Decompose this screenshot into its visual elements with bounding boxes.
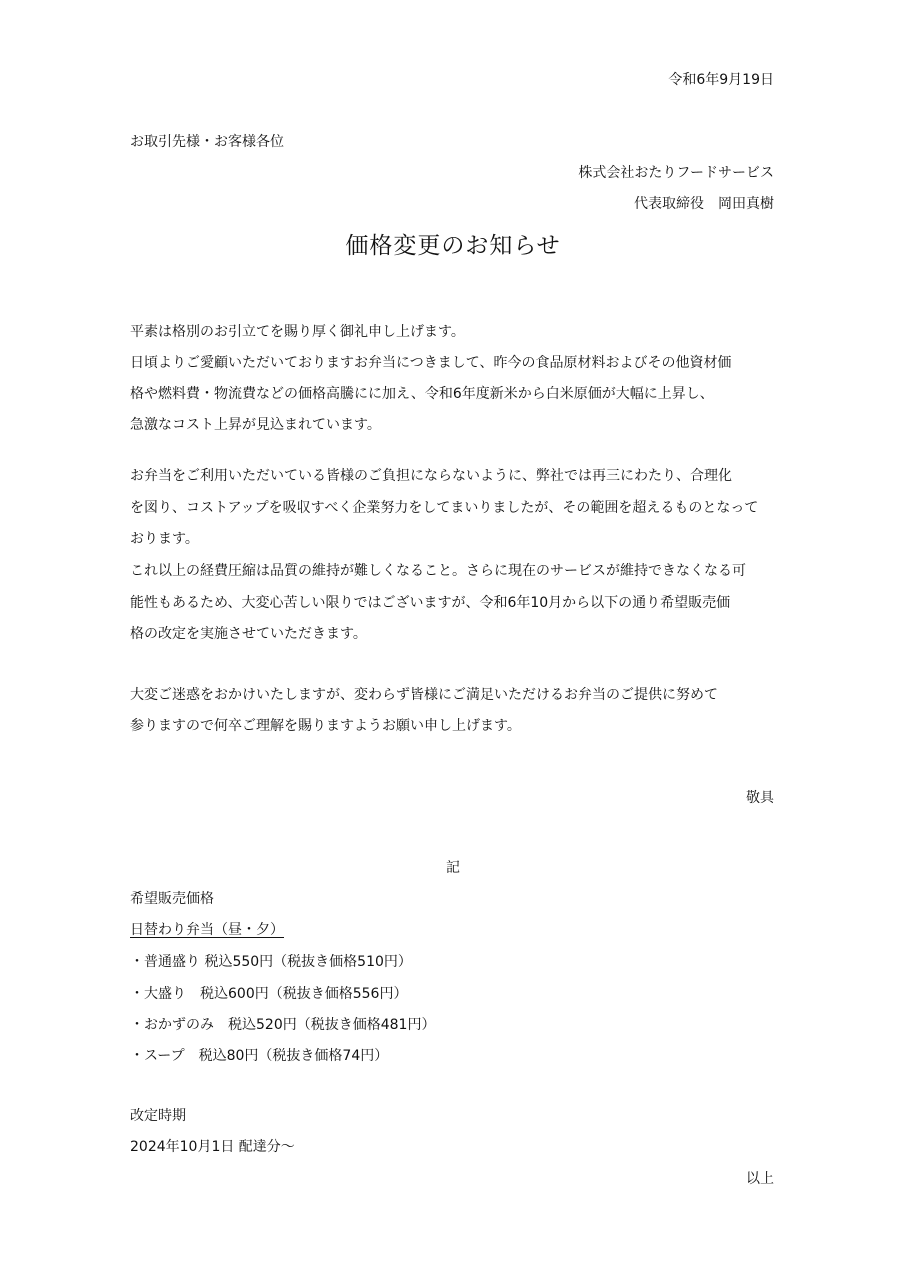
menu-title: 日替わり弁当（昼・夕） [130,920,284,940]
price-item: ・おかずのみ 税込520円（税抜き価格481円） [130,1015,435,1035]
document-title: 価格変更のお知らせ [0,231,906,261]
notes-heading: 記 [0,858,906,878]
end-ijou: 以上 [746,1169,774,1189]
body-line: 平素は格別のお引立てを賜り厚く御礼申し上げます。 [130,322,465,342]
body-line: 参りますので何卒ご理解を賜りますようお願い申し上げます。 [130,716,521,736]
body-line: これ以上の経費圧縮は品質の維持が難しくなること。さらに現在のサービスが維持できな… [130,561,746,581]
price-item: ・大盛り 税込600円（税抜き価格556円） [130,984,407,1004]
body-line: 格や燃料費・物流費などの価格高騰にに加え、令和6年度新米から白米原価が大幅に上昇… [130,384,714,404]
price-item: ・普通盛り 税込550円（税抜き価格510円） [130,952,412,972]
price-item: ・スープ 税込80円（税抜き価格74円） [130,1046,388,1066]
revision-date: 2024年10月1日 配達分～ [130,1137,295,1157]
body-line: 能性もあるため、大変心苦しい限りではございますが、令和6年10月から以下の通り希… [130,593,730,613]
document-page: 令和6年9月19日 お取引先様・お客様各位 株式会社おたりフードサービス 代表取… [0,0,906,1280]
body-line: 格の改定を実施させていただきます。 [130,624,367,644]
closing-keigu: 敬具 [746,788,774,808]
document-date: 令和6年9月19日 [668,70,774,90]
company-name: 株式会社おたりフードサービス [578,163,774,183]
body-line: 大変ご迷惑をおかけいたしますが、変わらず皆様にご満足いただけるお弁当のご提供に努… [130,685,718,705]
recipient-line: お取引先様・お客様各位 [130,132,284,152]
body-line: を図り、コストアップを吸収すべく企業努力をしてまいりましたが、その範囲を超えるも… [130,498,758,518]
body-line: おります。 [130,529,199,549]
representative-name: 代表取締役 岡田真樹 [634,194,774,214]
price-label: 希望販売価格 [130,889,214,909]
revision-label: 改定時期 [130,1106,186,1126]
body-line: 急激なコスト上昇が見込まれています。 [130,415,381,435]
body-line: 日頃よりご愛顧いただいておりますお弁当につきまして、昨今の食品原材料およびその他… [130,353,731,373]
body-line: お弁当をご利用いただいている皆様のご負担にならないように、弊社では再三にわたり、… [130,466,732,486]
